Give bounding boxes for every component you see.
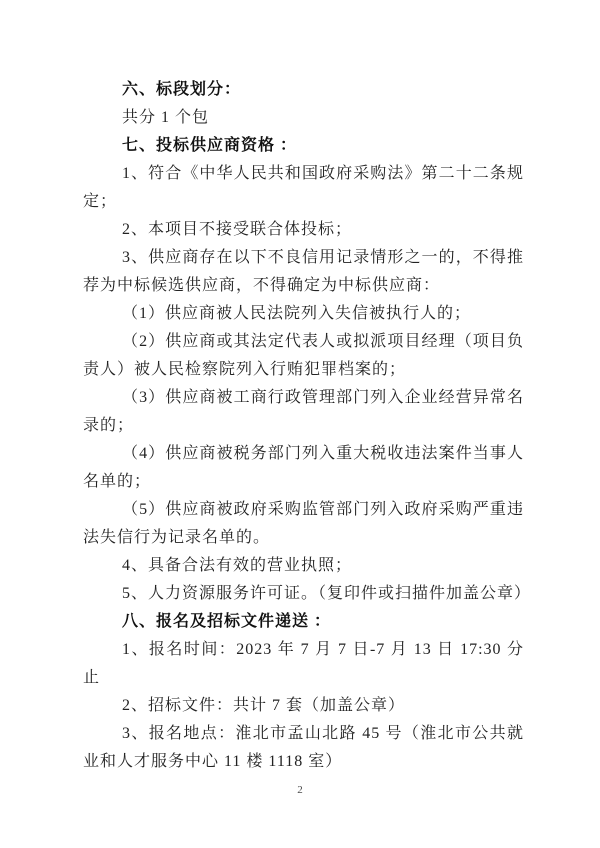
body-paragraph: 1、报名时间：2023 年 7 月 7 日-7 月 13 日 17:30 分止 — [83, 636, 524, 692]
body-paragraph: （3）供应商被工商行政管理部门列入企业经营异常名录的； — [83, 384, 524, 440]
body-paragraph: 1、符合《中华人民共和国政府采购法》第二十二条规定； — [83, 160, 524, 216]
body-paragraph: （2）供应商或其法定代表人或拟派项目经理（项目负责人）被人民检察院列入行贿犯罪档… — [83, 328, 524, 384]
section-heading: 六、标段划分： — [83, 76, 524, 104]
body-paragraph: 3、报名地点：淮北市孟山北路 45 号（淮北市公共就业和人才服务中心 11 楼 … — [83, 720, 524, 776]
body-paragraph: （1）供应商被人民法院列入失信被执行人的； — [83, 300, 524, 328]
document-page: 六、标段划分：共分 1 个包七、投标供应商资格 ：1、符合《中华人民共和国政府采… — [0, 0, 600, 848]
body-paragraph: （4）供应商被税务部门列入重大税收违法案件当事人名单的； — [83, 440, 524, 496]
section-heading: 八、报名及招标文件递送 ： — [83, 608, 524, 636]
body-paragraph: （5）供应商被政府采购监管部门列入政府采购严重违法失信行为记录名单的。 — [83, 496, 524, 552]
section-heading: 七、投标供应商资格 ： — [83, 132, 524, 160]
body-paragraph: 4、具备合法有效的营业执照； — [83, 552, 524, 580]
body-paragraph: 2、招标文件：共计 7 套（加盖公章） — [83, 692, 524, 720]
page-number: 2 — [0, 782, 600, 798]
body-paragraph: 3、供应商存在以下不良信用记录情形之一的，不得推荐为中标候选供应商，不得确定为中… — [83, 244, 524, 300]
body-paragraph: 共分 1 个包 — [83, 104, 524, 132]
body-paragraph: 2、本项目不接受联合体投标； — [83, 216, 524, 244]
body-paragraph: 5、人力资源服务许可证。（复印件或扫描件加盖公章） — [83, 580, 524, 608]
document-body: 六、标段划分：共分 1 个包七、投标供应商资格 ：1、符合《中华人民共和国政府采… — [83, 76, 524, 776]
